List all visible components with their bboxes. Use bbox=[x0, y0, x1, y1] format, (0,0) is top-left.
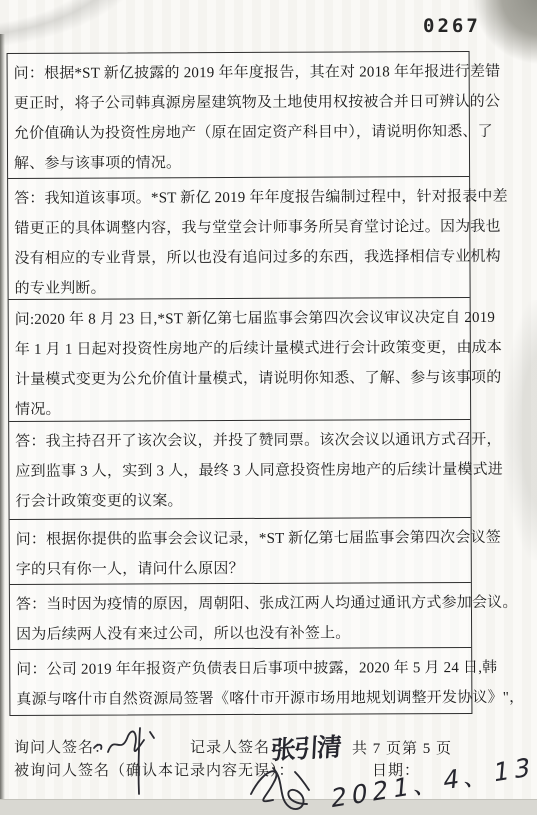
answer-line: 应到监事 3 人，实到 3 人，最终 3 人同意投资性房地产的后续计量模式进 bbox=[15, 455, 468, 487]
question-block-4: 问：公司 2019 年年报资产负债表日后事项中披露，2020 年 5 月 24 … bbox=[10, 648, 471, 715]
scan-shadow-right bbox=[497, 300, 537, 560]
answer-block-1: 答：我知道该事项。*ST 新亿 2019 年年度报告编制过程中，针对报表中差 错… bbox=[8, 177, 470, 300]
answer-line: 没有相应的专业背景，所以也没有追问过多的东西，我选择相信专业机构 bbox=[14, 242, 467, 274]
question-line: 计量模式变更为公允价值计量模式，请说明你知悉、了解、参与该事项的 bbox=[15, 363, 468, 395]
answer-line: 行会计政策变更的议案。 bbox=[15, 485, 468, 517]
scanned-transcript-page: 0267 问：根据*ST 新亿披露的 2019 年年度报告，其在对 2018 年… bbox=[0, 0, 537, 815]
pagination-text: 共 7 页第 5 页 bbox=[352, 737, 452, 758]
answer-line: 错更正的具体调整内容，我与堂堂会计师事务所吴育堂讨论过。因为我也 bbox=[14, 212, 467, 244]
scan-edge-left bbox=[0, 34, 5, 800]
question-block-3: 问：根据你提供的监事会会议记录，*ST 新亿第七届监事会第四次会议签 字的只有你… bbox=[10, 518, 471, 585]
question-line: 解、参与该事项的情况。 bbox=[14, 147, 467, 179]
question-line: 问：根据*ST 新亿披露的 2019 年年度报告，其在对 2018 年年报进行差… bbox=[14, 57, 467, 89]
answer-line: 因为后续两人没有来过公司，所以也没有补签上。 bbox=[16, 618, 469, 650]
page-number-stamp: 0267 bbox=[423, 15, 481, 37]
answer-block-2: 答：我主持召开了该次会议，并投了赞同票。该次会议以通讯方式召开， 应到监事 3 … bbox=[9, 420, 470, 520]
question-line: 问:2020 年 8 月 23 日,*ST 新亿第七届监事会第四次会议审议决定自… bbox=[15, 303, 468, 335]
question-line: 允价值确认为投资性房地产（原在固定资产科目中），请说明你知悉、了 bbox=[14, 117, 467, 149]
question-block-2: 问:2020 年 8 月 23 日,*ST 新亿第七届监事会第四次会议审议决定自… bbox=[9, 298, 471, 422]
question-line: 年 1 月 1 日起对投资性房地产的后续计量模式进行会计政策变更，由成本 bbox=[15, 333, 468, 365]
answer-line: 答：我知道该事项。*ST 新亿 2019 年年度报告编制过程中，针对报表中差 bbox=[14, 182, 467, 214]
transcript-table: 问：根据*ST 新亿披露的 2019 年年度报告，其在对 2018 年年报进行差… bbox=[7, 51, 473, 716]
question-line: 字的只有你一人，请问什么原因？ bbox=[16, 553, 469, 585]
question-line: 问：根据你提供的监事会会议记录，*ST 新亿第七届监事会第四次会议签 bbox=[16, 523, 469, 555]
recorder-signature-handwriting: 张引清 bbox=[270, 727, 341, 767]
question-line: 真源与喀什市自然资源局签署《喀什市开源市场用地规划调整开发协议》"， bbox=[16, 683, 469, 715]
answer-block-3: 答：当时因为疫情的原因，周朝阳、张成江两人均通过通讯方式参加会议。 因为后续两人… bbox=[10, 583, 471, 650]
answer-line: 答：当时因为疫情的原因，周朝阳、张成江两人均通过通讯方式参加会议。 bbox=[16, 588, 469, 620]
interviewee-signature-label: 被询问人签名（确认本记录内容无误）： bbox=[14, 759, 295, 780]
answer-line: 答：我主持召开了该次会议，并投了赞同票。该次会议以通讯方式召开， bbox=[15, 425, 468, 457]
inquirer-signature-label: 询问人签名： bbox=[14, 736, 110, 757]
scan-edge-bottom bbox=[0, 799, 537, 815]
question-block-1: 问：根据*ST 新亿披露的 2019 年年度报告，其在对 2018 年年报进行差… bbox=[8, 52, 470, 179]
question-line: 问：公司 2019 年年报资产负债表日后事项中披露，2020 年 5 月 24 … bbox=[16, 653, 469, 685]
question-line: 更正时，将子公司韩真源房屋建筑物及土地使用权按被合并日可辨认的公 bbox=[14, 87, 467, 119]
